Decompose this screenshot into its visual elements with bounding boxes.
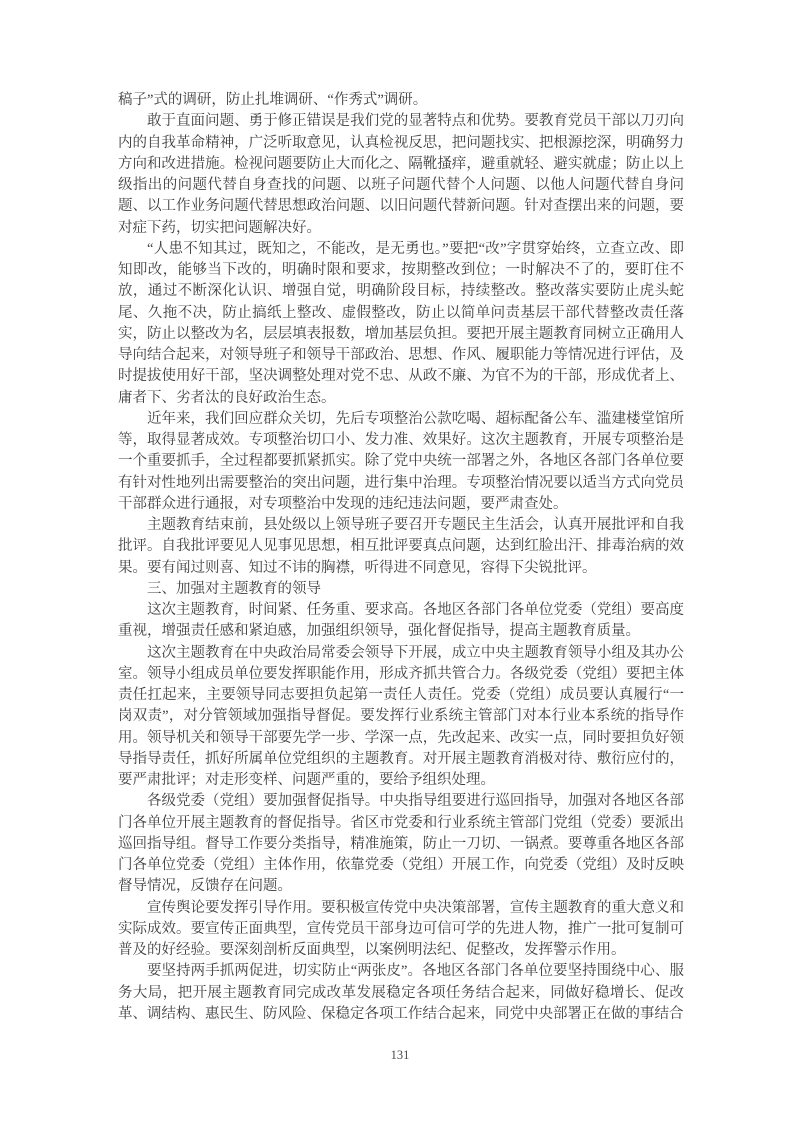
paragraph: 主题教育结束前，县处级以上领导班子要召开专题民主生活会，认真开展批评和自我批评。… bbox=[118, 515, 684, 579]
page-number: 131 bbox=[0, 1046, 800, 1064]
section-heading: 三、加强对主题教育的领导 bbox=[118, 579, 684, 600]
paragraph: 各级党委（党组）要加强督促指导。中央指导组要进行巡回指导，加强对各地区各部门各单… bbox=[118, 791, 684, 897]
document-page: 稿子”式的调研，防止扎堆调研、“作秀式”调研。敢于直面问题、勇于修正错误是我们党… bbox=[0, 0, 800, 1133]
paragraph: 这次主题教育在中央政治局常委会领导下开展，成立中央主题教育领导小组及其办公室。领… bbox=[118, 643, 684, 792]
paragraph: “人患不知其过，既知之，不能改，是无勇也。”要把“改”字贯穿始终，立查立改、即知… bbox=[118, 239, 684, 409]
paragraph: 近年来，我们回应群众关切，先后专项整治公款吃喝、超标配备公车、滥建楼堂馆所等，取… bbox=[118, 409, 684, 515]
paragraph: 这次主题教育，时间紧、任务重、要求高。各地区各部门各单位党委（党组）要高度重视，… bbox=[118, 600, 684, 643]
paragraph: 敢于直面问题、勇于修正错误是我们党的显著特点和优势。要教育党员干部以刀刃向内的自… bbox=[118, 111, 684, 239]
paragraph: 要坚持两手抓两促进，切实防止“两张皮”。各地区各部门各单位要坚持围绕中心、服务大… bbox=[118, 961, 684, 1025]
document-content: 稿子”式的调研，防止扎堆调研、“作秀式”调研。敢于直面问题、勇于修正错误是我们党… bbox=[118, 90, 684, 1025]
paragraph: 宣传舆论要发挥引导作用。要积极宣传党中央决策部署，宣传主题教育的重大意义和实际成… bbox=[118, 898, 684, 962]
paragraph: 稿子”式的调研，防止扎堆调研、“作秀式”调研。 bbox=[118, 90, 684, 111]
